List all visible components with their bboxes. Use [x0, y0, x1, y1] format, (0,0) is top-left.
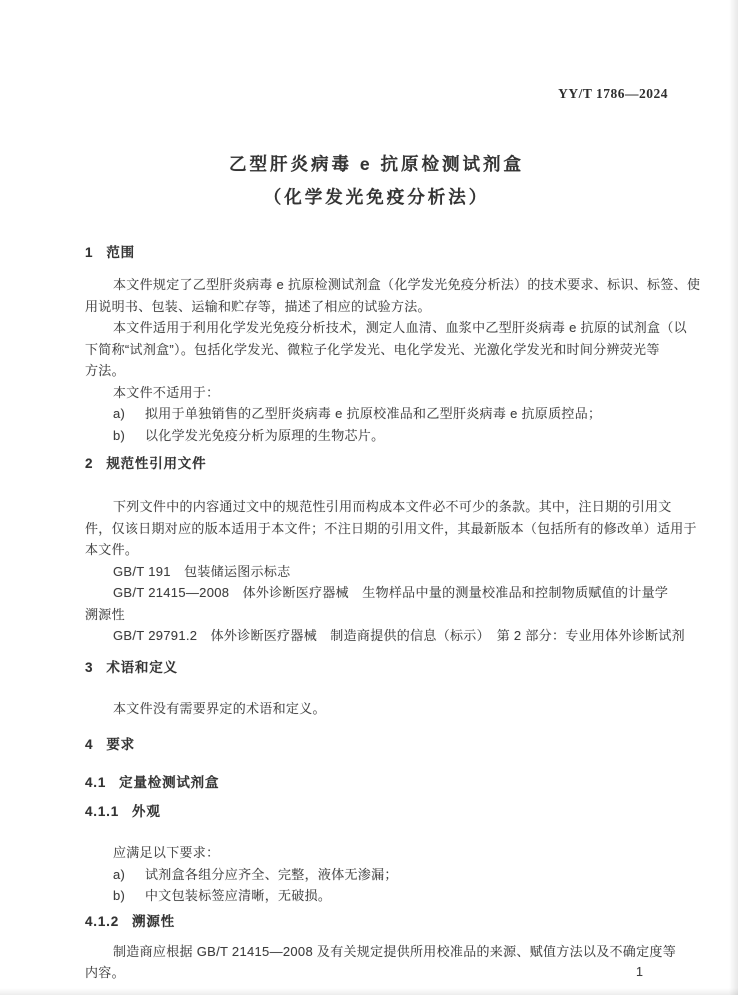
section-title: 范围 [106, 245, 135, 260]
list-item-text: 试剂盒各组分应齐全、完整，液体无渗漏； [145, 867, 398, 882]
subsection-heading-traceability: 4.1.2溯源性 [85, 913, 668, 931]
document-title-line2: （化学发光免疫分析法） [85, 181, 668, 214]
section-terms-body: 本文件没有需要界定的术语和定义。 [85, 698, 668, 720]
reference-entry: GB/T 21415—2008 体外诊断医疗器械 生物样品中量的测量校准品和控制… [85, 582, 668, 604]
list-item-label: b) [113, 885, 127, 907]
list-item-b: b)以化学发光免疫分析为原理的生物芯片。 [85, 425, 668, 447]
body-line: 本文件规定了乙型肝炎病毒 e 抗原检测试剂盒（化学发光免疫分析法）的技术要求、标… [85, 274, 668, 296]
section-number: 4.1.1 [85, 803, 119, 821]
body-line: 本文件适用于利用化学发光免疫分析技术，测定人血清、血浆中乙型肝炎病毒 e 抗原的… [85, 317, 668, 339]
reference-entry-continuation: 溯源性 [85, 604, 668, 626]
document-title: 乙型肝炎病毒 e 抗原检测试剂盒 （化学发光免疫分析法） [85, 148, 668, 214]
subsection-heading-appearance: 4.1.1外观 [85, 803, 668, 821]
section-heading-terms: 3术语和定义 [85, 659, 668, 677]
section-heading-scope: 1范围 [85, 244, 668, 262]
section-number: 4 [85, 736, 93, 754]
body-line: 本文件不适用于： [85, 382, 668, 404]
section-heading-normative-references: 2规范性引用文件 [85, 455, 668, 473]
subsection-heading-quantitative-kit: 4.1定量检测试剂盒 [85, 774, 668, 792]
list-item-text: 以化学发光免疫分析为原理的生物芯片。 [145, 428, 384, 443]
subsection-traceability-body: 制造商应根据 GB/T 21415—2008 及有关规定提供所用校准品的来源、赋… [85, 941, 668, 984]
section-title: 外观 [132, 804, 161, 819]
body-line: 方法。 [85, 360, 668, 382]
section-number: 1 [85, 244, 93, 262]
section-scope-body: 本文件规定了乙型肝炎病毒 e 抗原检测试剂盒（化学发光免疫分析法）的技术要求、标… [85, 274, 668, 446]
page-number: 1 [636, 965, 643, 979]
standard-number: YY/T 1786—2024 [85, 86, 668, 102]
reference-entry: GB/T 29791.2 体外诊断医疗器械 制造商提供的信息（标示） 第 2 部… [85, 625, 668, 647]
section-title: 规范性引用文件 [106, 456, 206, 471]
section-number: 3 [85, 659, 93, 677]
list-item-label: b) [113, 425, 127, 447]
list-item-label: a) [113, 403, 127, 425]
reference-entry: GB/T 191 包装储运图示标志 [85, 561, 668, 583]
list-item-b: b)中文包装标签应清晰，无破损。 [85, 885, 668, 907]
body-line: 内容。 [85, 962, 668, 984]
list-item-a: a)拟用于单独销售的乙型肝炎病毒 e 抗原校准品和乙型肝炎病毒 e 抗原质控品； [85, 403, 668, 425]
body-line: 件，仅该日期对应的版本适用于本文件；不注日期的引用文件，其最新版本（包括所有的修… [85, 518, 668, 540]
section-number: 4.1 [85, 774, 106, 792]
body-line: 本文件。 [85, 539, 668, 561]
section-references-body: 下列文件中的内容通过文中的规范性引用而构成本文件必不可少的条款。其中，注日期的引… [85, 496, 668, 647]
list-item-a: a)试剂盒各组分应齐全、完整，液体无渗漏； [85, 864, 668, 886]
section-heading-requirements: 4要求 [85, 736, 668, 754]
body-line: 用说明书、包装、运输和贮存等，描述了相应的试验方法。 [85, 296, 668, 318]
section-number: 2 [85, 455, 93, 473]
section-title: 要求 [106, 737, 135, 752]
document-page: YY/T 1786—2024 乙型肝炎病毒 e 抗原检测试剂盒 （化学发光免疫分… [0, 0, 738, 995]
section-title: 定量检测试剂盒 [119, 775, 219, 790]
section-title: 术语和定义 [106, 660, 178, 675]
subsection-appearance-body: 应满足以下要求： a)试剂盒各组分应齐全、完整，液体无渗漏； b)中文包装标签应… [85, 842, 668, 907]
body-line: 应满足以下要求： [85, 842, 668, 864]
body-line: 本文件没有需要界定的术语和定义。 [85, 698, 668, 720]
body-line: 下简称“试剂盒”）。包括化学发光、微粒子化学发光、电化学发光、光激化学发光和时间… [85, 339, 668, 361]
list-item-text: 中文包装标签应清晰，无破损。 [145, 888, 331, 903]
section-title: 溯源性 [132, 914, 175, 929]
section-number: 4.1.2 [85, 913, 119, 931]
body-line: 下列文件中的内容通过文中的规范性引用而构成本文件必不可少的条款。其中，注日期的引… [85, 496, 668, 518]
document-title-line1: 乙型肝炎病毒 e 抗原检测试剂盒 [85, 148, 668, 181]
list-item-label: a) [113, 864, 127, 886]
list-item-text: 拟用于单独销售的乙型肝炎病毒 e 抗原校准品和乙型肝炎病毒 e 抗原质控品； [145, 406, 601, 421]
body-line: 制造商应根据 GB/T 21415—2008 及有关规定提供所用校准品的来源、赋… [85, 941, 668, 963]
